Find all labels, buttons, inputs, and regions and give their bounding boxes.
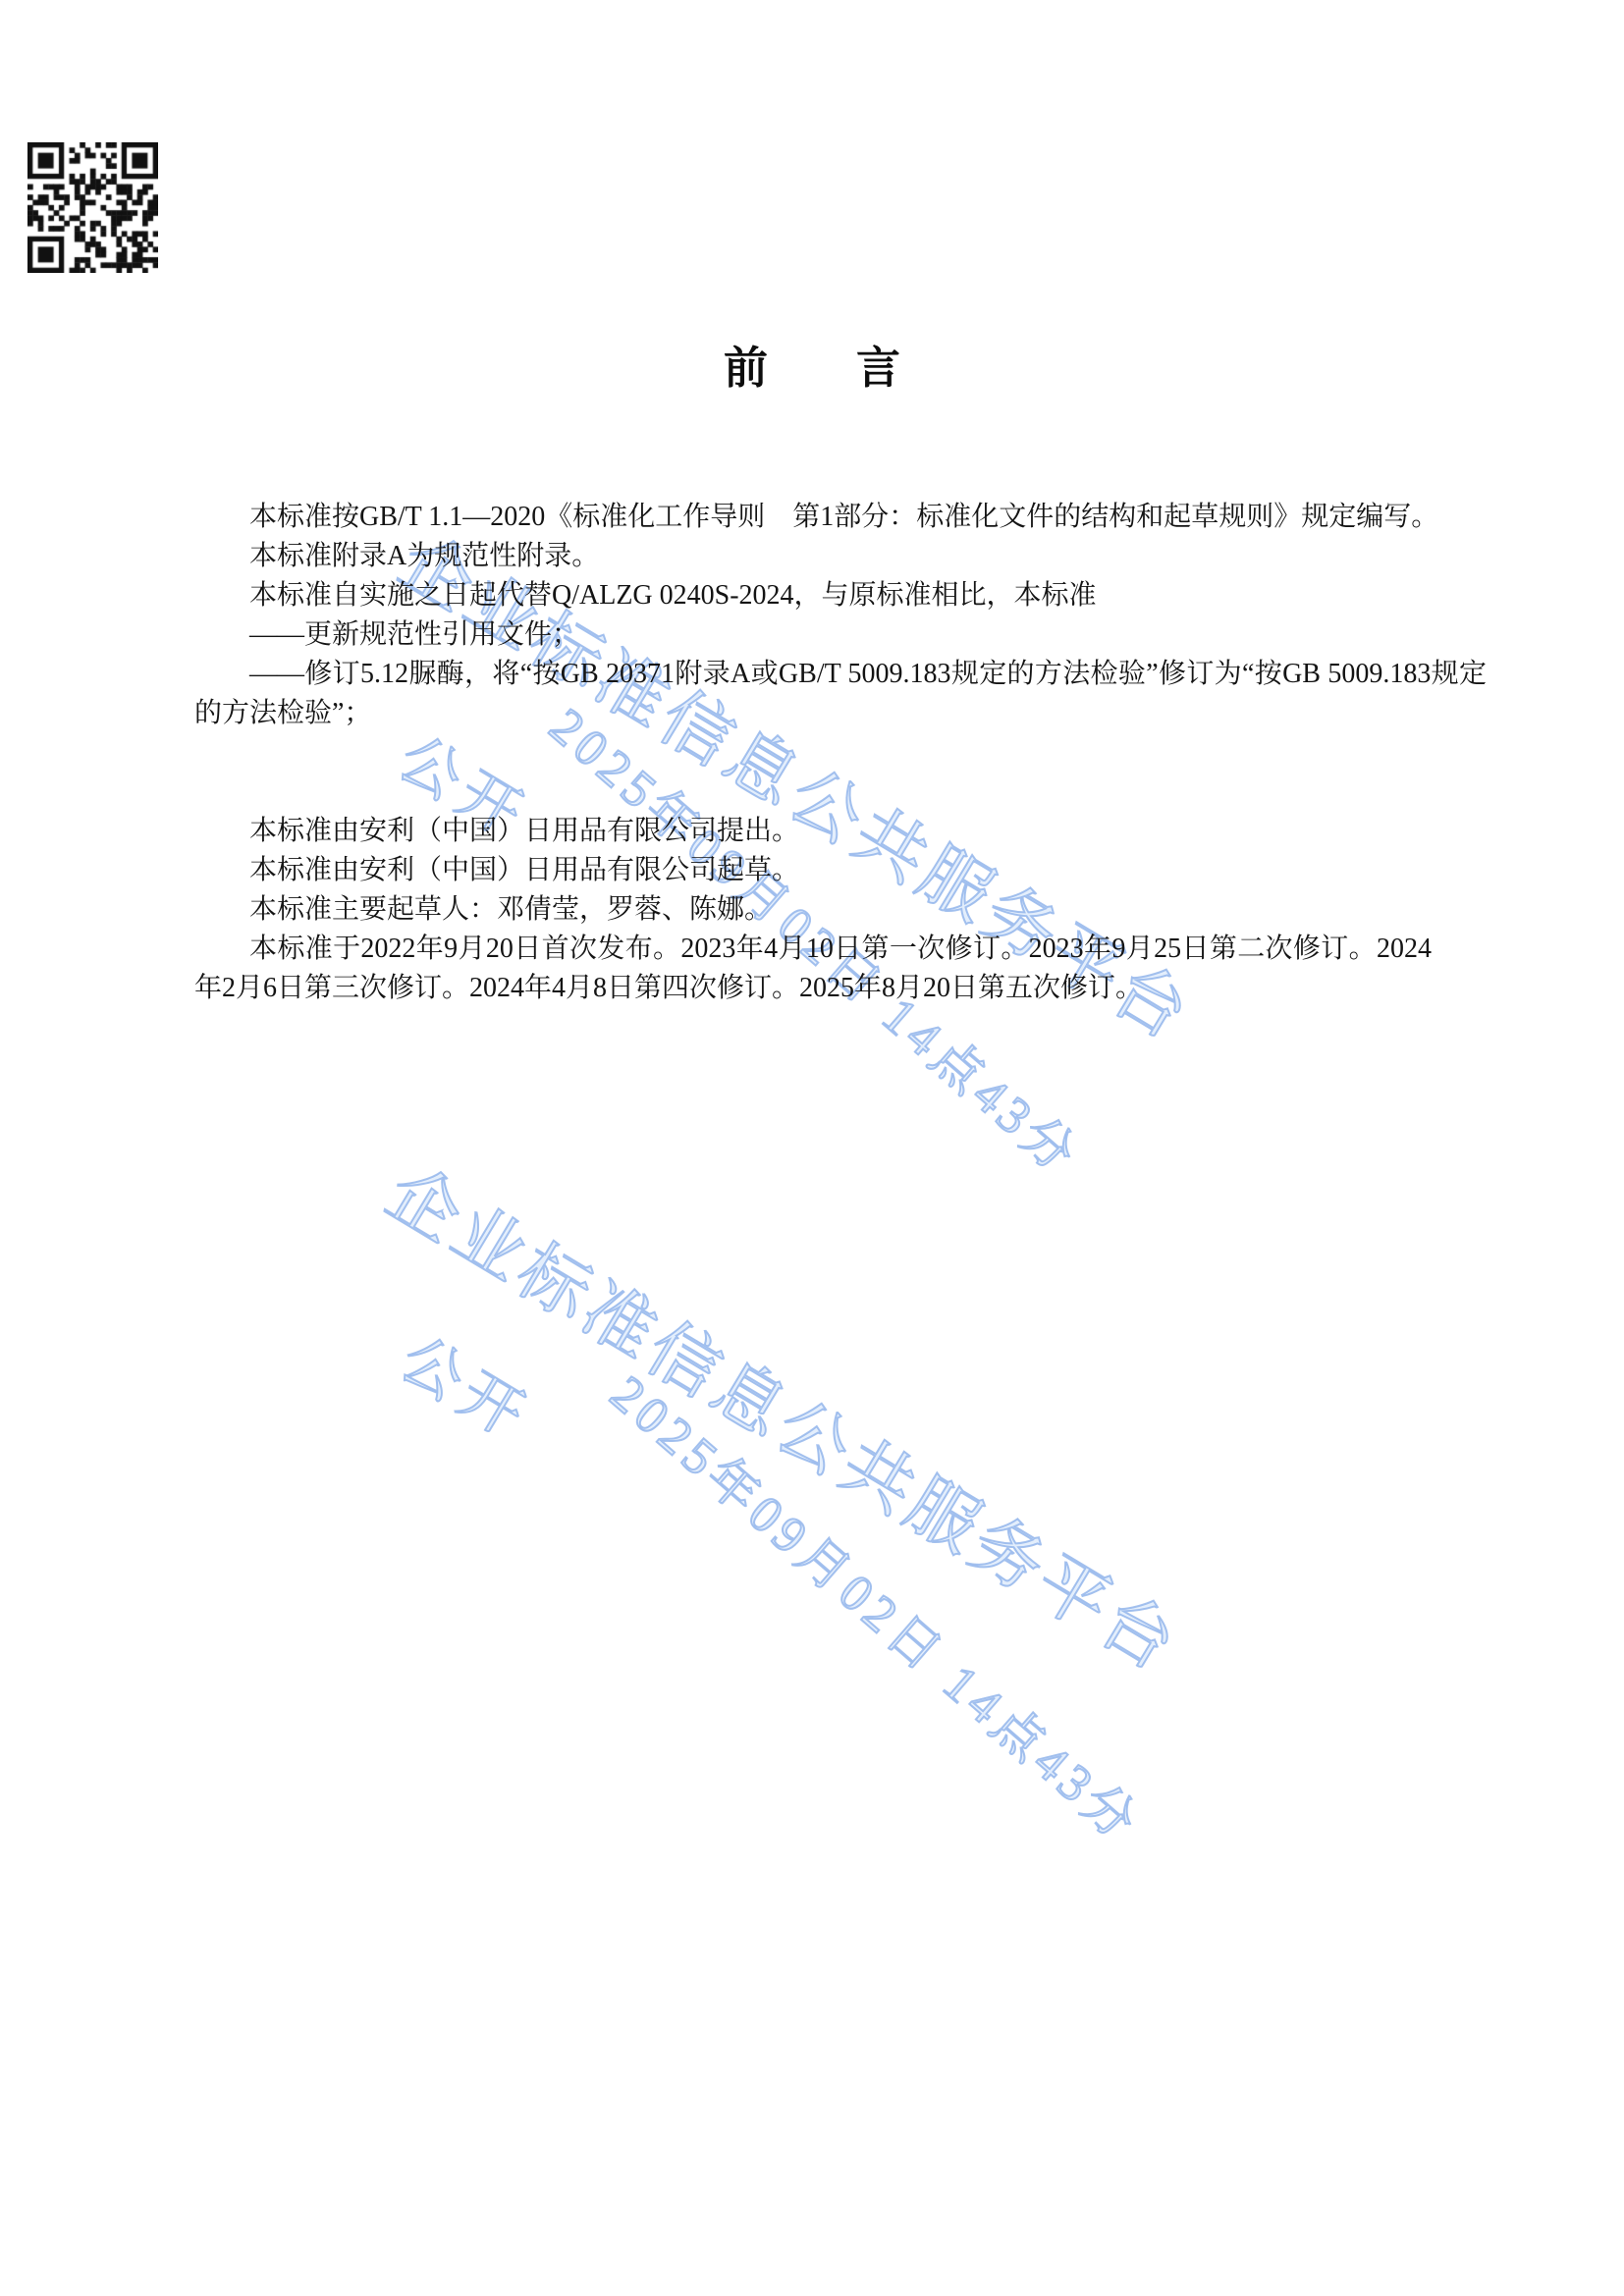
paragraph: 本标准于2022年9月20日首次发布。2023年4月10日第一次修订。2023年… bbox=[194, 930, 1432, 1008]
page-title: 前 言 bbox=[0, 344, 1624, 393]
paragraph: 本标准由安利（中国）日用品有限公司提出。 bbox=[194, 812, 1487, 851]
watermark-datetime-text: 2025年09月02日 14点43分 bbox=[598, 1355, 1160, 1856]
paragraph: ——修订5.12脲酶，将“按GB 20371附录A或GB/T 5009.183规… bbox=[194, 655, 1487, 733]
paragraph: ——更新规范性引用文件； bbox=[194, 615, 1487, 655]
paragraph: 本标准自实施之日起代替Q/ALZG 0240S-2024，与原标准相比，本标准 bbox=[194, 576, 1487, 615]
document-page: 前 言 企业标准信息公共服务平台 公开 2025年09月02日 14点43分 企… bbox=[0, 0, 1624, 2296]
qr-code bbox=[27, 142, 158, 273]
watermark-open-text: 公开 bbox=[387, 1311, 550, 1457]
paragraph: 本标准附录A为规范性附录。 bbox=[194, 537, 1487, 576]
paragraph: 本标准主要起草人：邓倩莹，罗蓉、陈娜。 bbox=[194, 890, 1487, 930]
watermark-platform-text: 企业标准信息公共服务平台 bbox=[371, 1137, 1202, 1691]
paragraph: 本标准按GB/T 1.1—2020《标准化工作导则 第1部分：标准化文件的结构和… bbox=[194, 498, 1487, 537]
foreword-body: 本标准按GB/T 1.1—2020《标准化工作导则 第1部分：标准化文件的结构和… bbox=[194, 498, 1487, 1008]
paragraph: 本标准由安利（中国）日用品有限公司起草。 bbox=[194, 851, 1487, 890]
